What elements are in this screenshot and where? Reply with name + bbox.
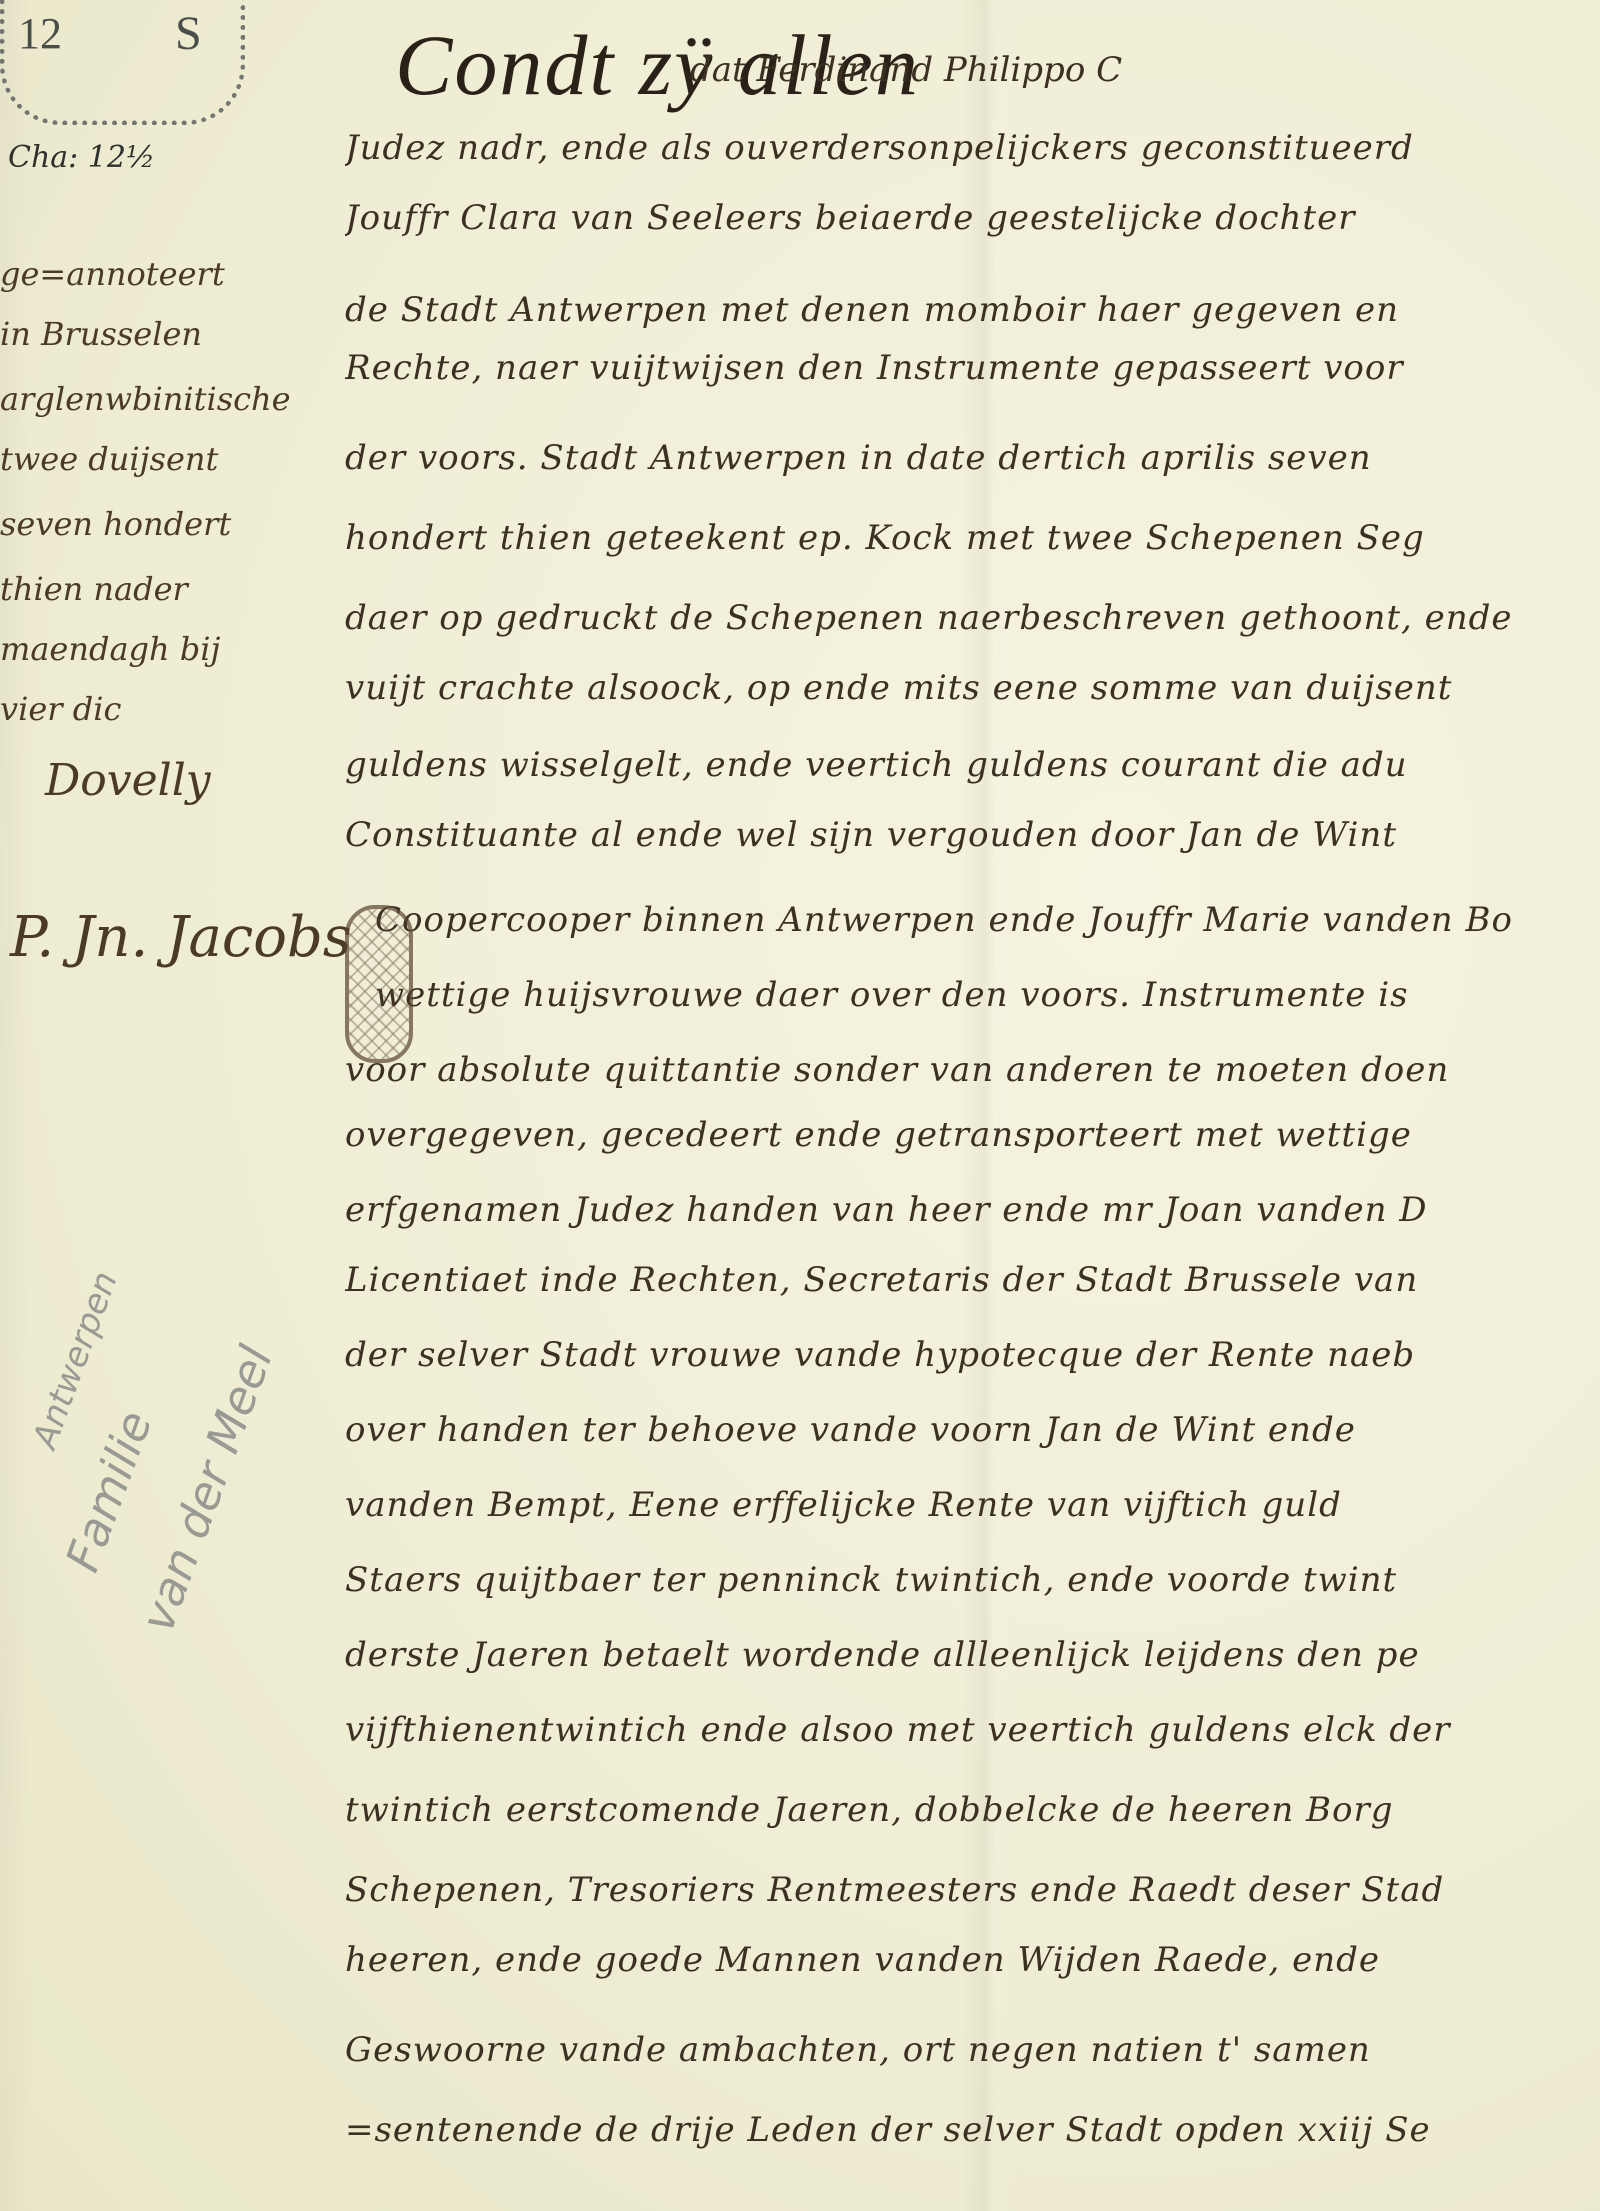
body-line: Coopercooper binnen Antwerpen ende Jouff…: [375, 900, 1600, 940]
body-line: =sentenende de drije Leden der selver St…: [345, 2110, 1600, 2150]
body-line: erfgenamen Judez handen van heer ende mr…: [345, 1190, 1600, 1230]
margin-note: thien nader: [0, 570, 340, 608]
body-line: daer op gedruckt de Schepenen naerbeschr…: [345, 598, 1600, 638]
body-line: der voors. Stadt Antwerpen in date derti…: [345, 438, 1600, 478]
margin-note: twee duijsent: [0, 440, 340, 478]
body-line: Rechte, naer vuijtwijsen den Instrumente…: [345, 348, 1600, 388]
body-line: Constituante al ende wel sijn vergouden …: [345, 815, 1600, 855]
body-line: twintich eerstcomende Jaeren, dobbelcke …: [345, 1790, 1600, 1830]
body-line: Licentiaet inde Rechten, Secretaris der …: [345, 1260, 1600, 1300]
body-line: derste Jaeren betaelt wordende allleenli…: [345, 1635, 1600, 1675]
signature-dovelly: Dovelly: [45, 755, 211, 806]
margin-note: arglenwbinitische: [0, 380, 340, 418]
margin-note: seven hondert: [0, 505, 340, 543]
margin-note: maendagh bij: [0, 630, 340, 668]
margin-note: in Brusselen: [0, 315, 340, 353]
body-line: vanden Bempt, Eene erffelijcke Rente van…: [345, 1485, 1600, 1525]
body-line: wettige huijsvrouwe daer over den voors.…: [375, 975, 1600, 1015]
stamp-label: Cha: 12½: [8, 140, 155, 175]
stamp-number: 12: [18, 8, 62, 59]
body-line: hondert thien geteekent ep. Kock met twe…: [345, 518, 1600, 558]
signature-flourish: [345, 905, 413, 1063]
body-line: de Stadt Antwerpen met denen momboir hae…: [345, 290, 1600, 330]
body-line: heeren, ende goede Mannen vanden Wijden …: [345, 1940, 1600, 1980]
body-line: Schepenen, Tresoriers Rentmeesters ende …: [345, 1870, 1600, 1910]
body-line: vuijt crachte alsoock, op ende mits eene…: [345, 668, 1600, 708]
document-opening-continuation: dat Ferdinand Philippo C: [690, 50, 1122, 90]
margin-note: ge=annoteert: [0, 255, 340, 293]
signature-jacobs: P. Jn. Jacobs: [10, 905, 352, 970]
body-line: vijfthienentwintich ende alsoo met veert…: [345, 1710, 1600, 1750]
body-line: Judez nadr, ende als ouverdersonpelijcke…: [345, 128, 1600, 168]
stamp-letter: S: [175, 6, 202, 61]
body-line: Staers quijtbaer ter penninck twintich, …: [345, 1560, 1600, 1600]
body-line: voor absolute quittantie sonder van ande…: [345, 1050, 1600, 1090]
body-line: Jouffr Clara van Seeleers beiaerde geest…: [345, 198, 1600, 238]
body-line: over handen ter behoeve vande voorn Jan …: [345, 1410, 1600, 1450]
body-line: overgegeven, gecedeert ende getransporte…: [345, 1115, 1600, 1155]
margin-note: vier dic: [0, 690, 340, 728]
body-line: guldens wisselgelt, ende veertich gulden…: [345, 745, 1600, 785]
fiscal-stamp: 12 S Cha: 12½: [0, 0, 245, 150]
body-line: Geswoorne vande ambachten, ort negen nat…: [345, 2030, 1600, 2070]
body-line: der selver Stadt vrouwe vande hypotecque…: [345, 1335, 1600, 1375]
